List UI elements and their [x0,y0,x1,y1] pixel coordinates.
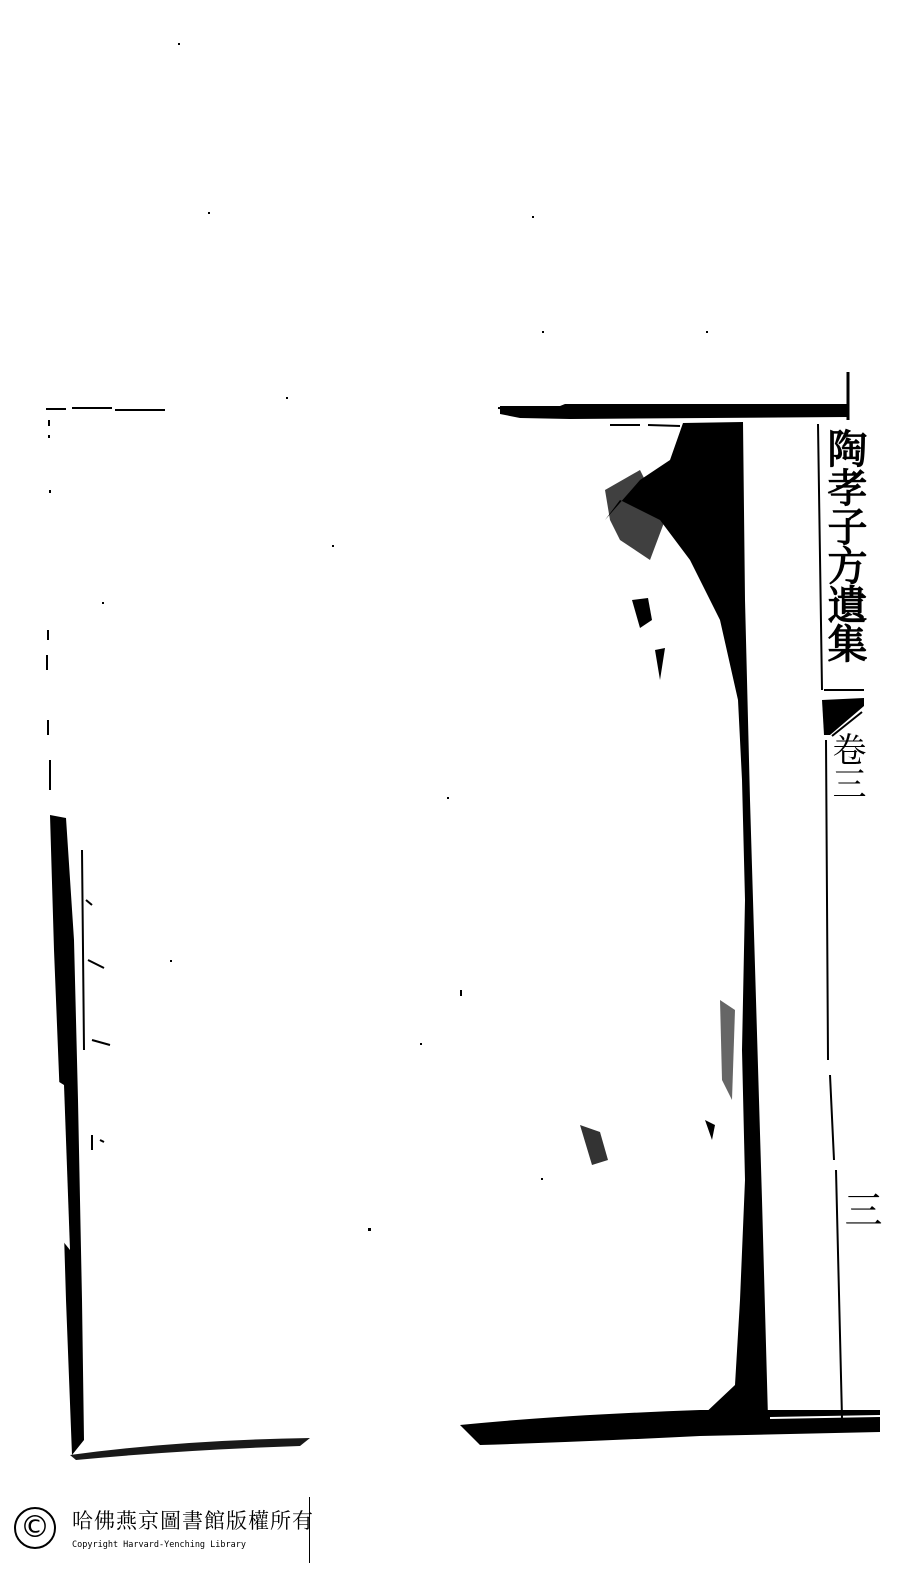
left-page-top-border [46,407,165,438]
book-title: 陶孝子方遺集 [822,428,866,662]
scanned-page-artifacts [0,0,900,1575]
volume-label: 卷三 [826,732,866,800]
copyright-text-english: Copyright Harvard-Yenching Library [72,1540,246,1550]
copyright-stamp: © 哈佛燕京圖書館版權所有 Copyright Harvard-Yenching… [0,1497,310,1563]
page-marker: 三 [852,1190,888,1228]
scan-specks [49,43,708,1231]
copyright-icon: © [14,1507,56,1549]
copyright-text-chinese: 哈佛燕京圖書館版權所有 [72,1505,314,1535]
